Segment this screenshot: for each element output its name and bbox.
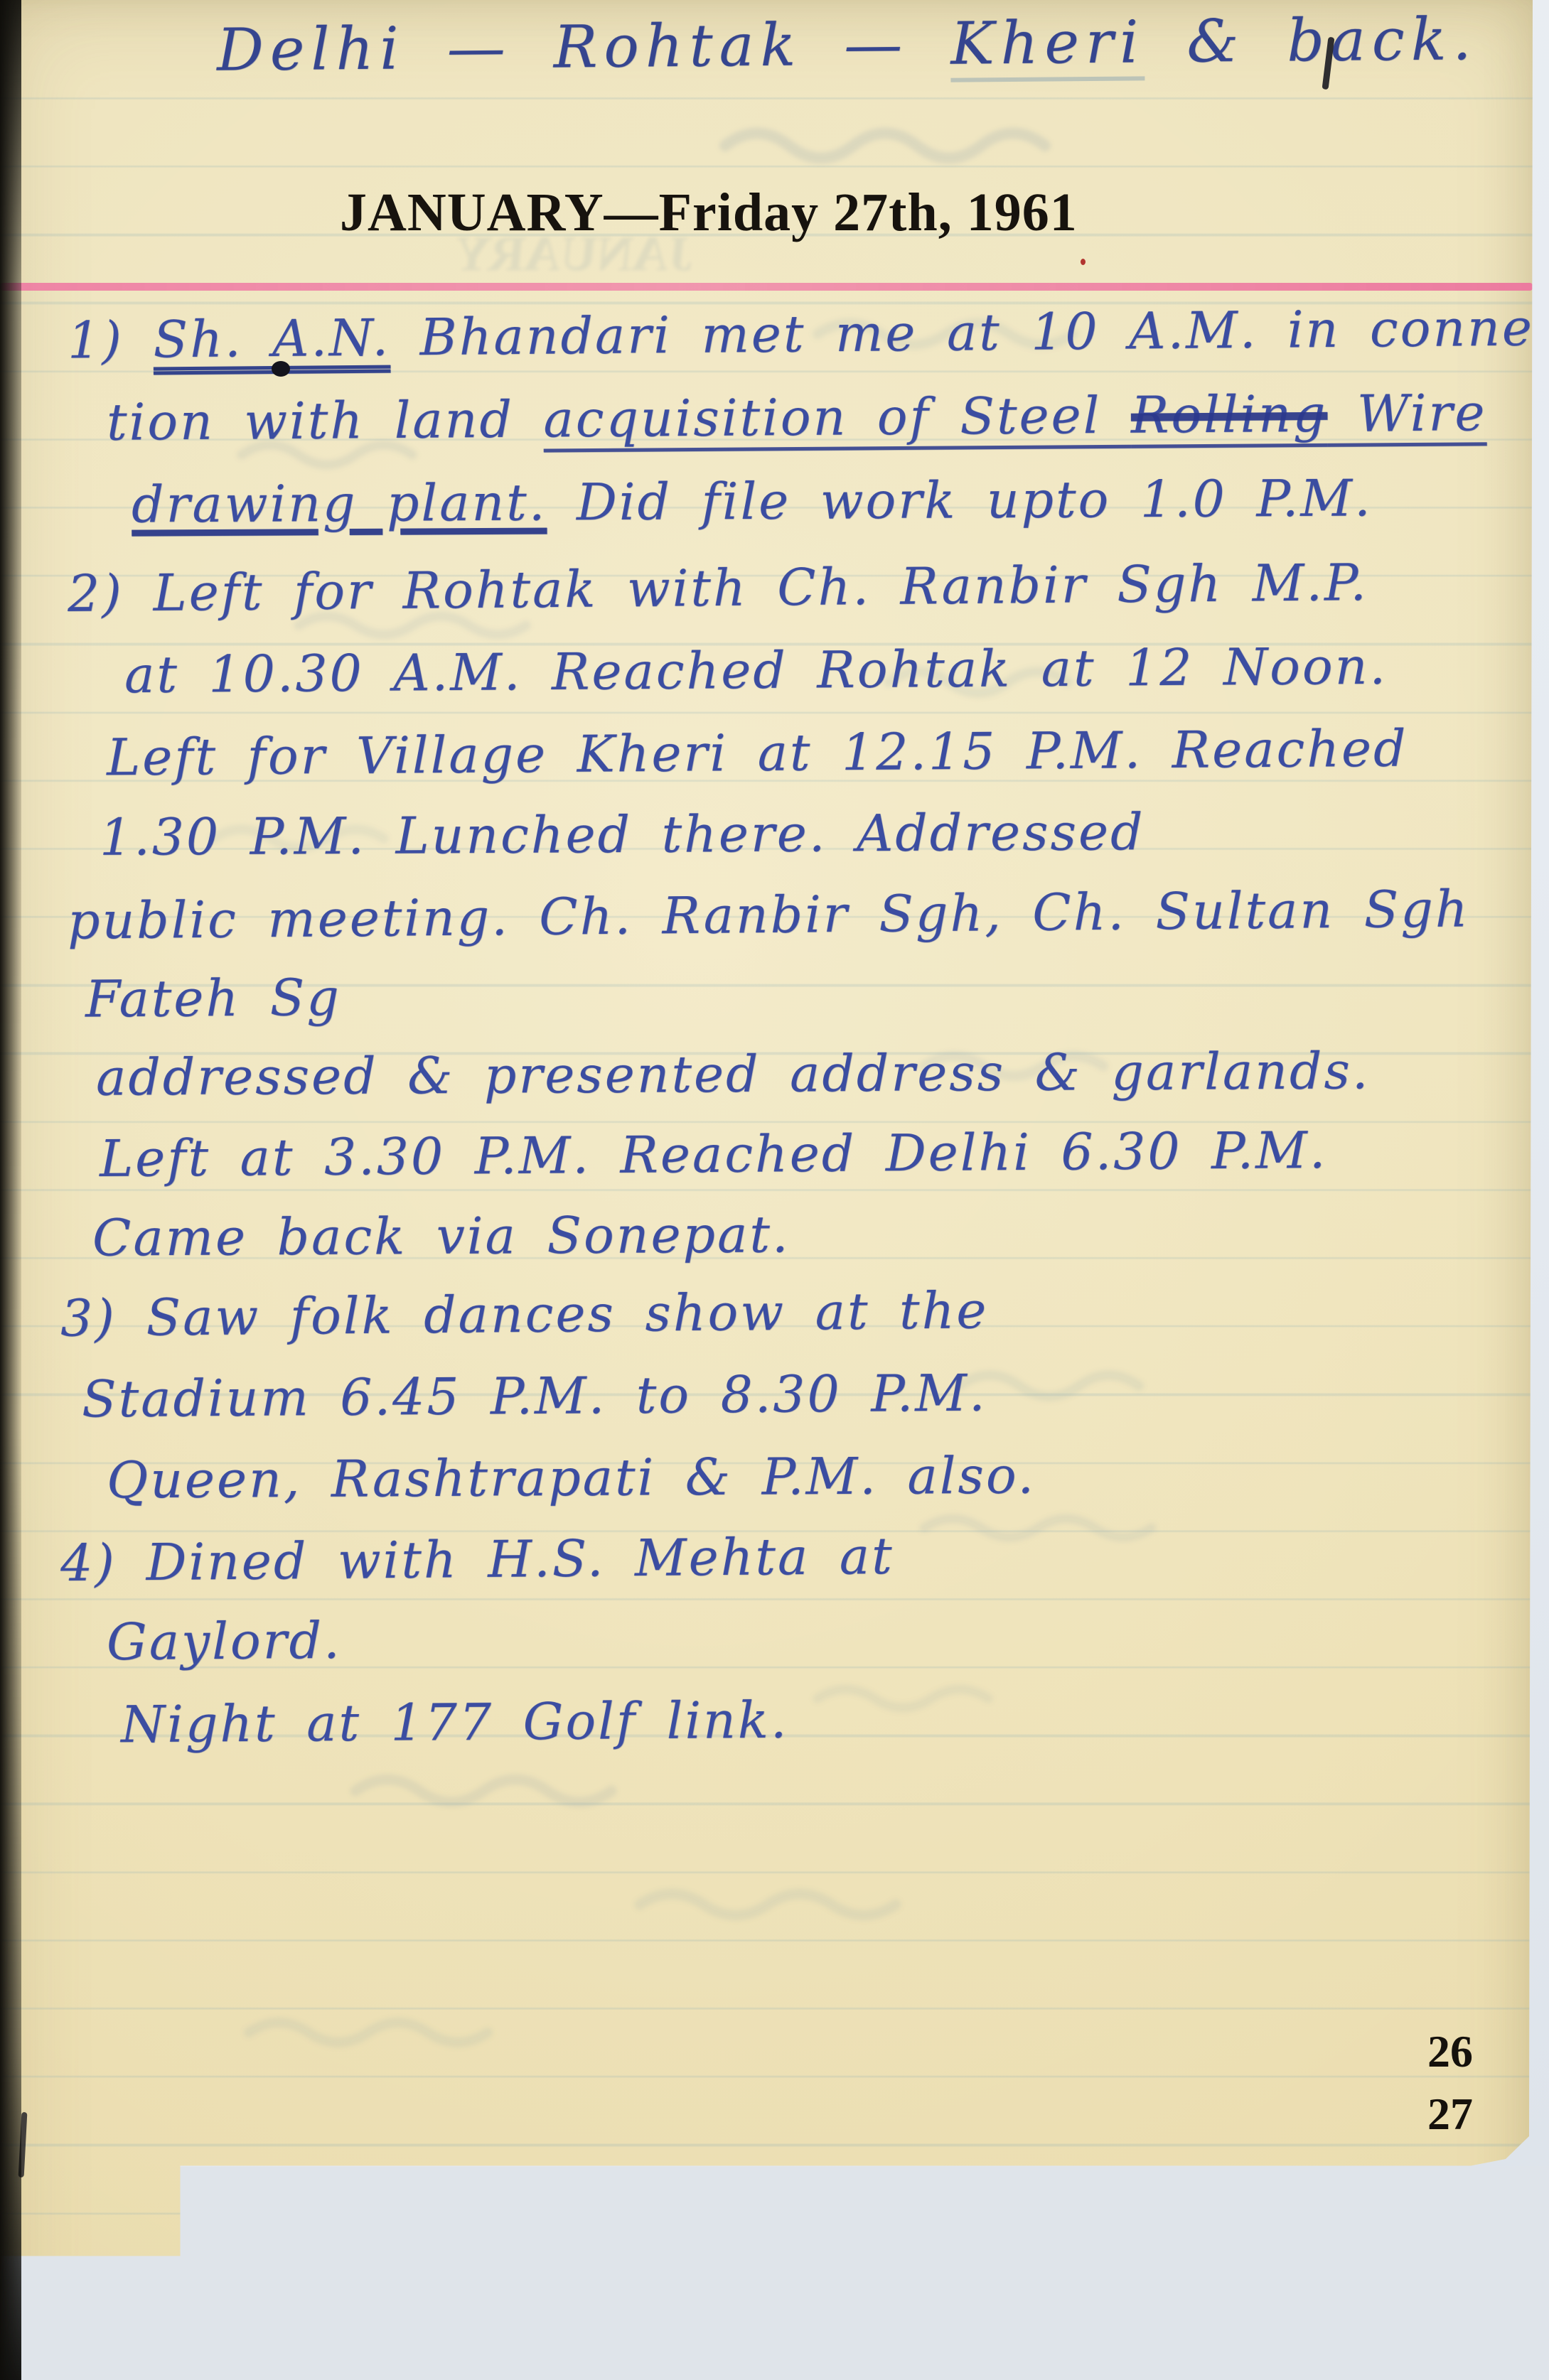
printed-date-header: JANUARY—Friday 27th, 1961 bbox=[340, 182, 1078, 244]
diary-line: 1) Sh. A.N. Bhandari met me at 10 A.M. i… bbox=[68, 297, 1549, 370]
route-title-part: Delhi — Rohtak — bbox=[217, 11, 951, 85]
line-seg-underlined: drawing plant. bbox=[132, 473, 547, 534]
line-seg: Gaylord. bbox=[107, 1611, 342, 1671]
diary-line: 4) Dined with H.S. Mehta at bbox=[60, 1526, 894, 1593]
line-seg: Wire bbox=[1327, 383, 1487, 443]
diary-page-paper: Delhi — Rohtak — Kheri & back. JANUARY J… bbox=[0, 0, 1549, 2380]
book-spine-edge bbox=[0, 0, 21, 2380]
diary-line: drawing plant. Did file work upto 1.0 P.… bbox=[132, 468, 1373, 534]
line-seg: public meeting. Ch. Ranbir Sgh, Ch. Sult… bbox=[68, 879, 1470, 950]
line-seg: tion with land bbox=[107, 389, 544, 451]
line-seg: at 10.30 A.M. Reached Rohtak at 12 Noon. bbox=[124, 637, 1388, 704]
diary-scan: Delhi — Rohtak — Kheri & back. JANUARY J… bbox=[0, 0, 1549, 2380]
route-title-kheri: Kheri bbox=[950, 9, 1145, 82]
line-seg: Left at 3.30 P.M. Reached Delhi 6.30 P.M… bbox=[100, 1121, 1328, 1188]
line-seg: Came back via Sonepat. bbox=[92, 1205, 790, 1267]
diary-line: addressed & presented address & garlands… bbox=[96, 1041, 1371, 1106]
page-number: 26 bbox=[1427, 2025, 1473, 2078]
red-speck bbox=[1081, 259, 1086, 265]
diary-line: Stadium 6.45 P.M. to 8.30 P.M. bbox=[82, 1364, 987, 1429]
line-seg: addressed & presented address & garlands… bbox=[96, 1041, 1371, 1106]
diary-line: Left for Village Kheri at 12.15 P.M. Rea… bbox=[107, 719, 1408, 787]
line-seg: acquisition of Steel bbox=[543, 386, 1131, 449]
diary-line: tion with land acquisition of Steel Roll… bbox=[107, 383, 1487, 452]
diary-line: Fateh Sgh & Partap Sgh (of this village)… bbox=[85, 960, 1413, 1028]
line-seg: 2) Left for Rohtak with Ch. Ranbir Sgh M… bbox=[68, 553, 1368, 623]
diary-line: Gaylord. bbox=[107, 1611, 342, 1671]
diary-line: Night at 177 Golf link. bbox=[121, 1691, 789, 1755]
line-seg: Stadium 6.45 P.M. to 8.30 P.M. bbox=[82, 1364, 987, 1429]
line-seg-underlined: acquisition of Steel Rolling Wire bbox=[543, 383, 1487, 448]
diary-line: Left at 3.30 P.M. Reached Delhi 6.30 P.M… bbox=[100, 1121, 1328, 1188]
line-seg: Bhandari met me at 10 A.M. in connec— bbox=[390, 297, 1549, 367]
route-title-part: & back. bbox=[1145, 6, 1478, 76]
line-seg: 1) bbox=[68, 310, 154, 370]
route-title: Delhi — Rohtak — Kheri & back. bbox=[217, 6, 1478, 84]
line-seg: Did file work upto 1.0 P.M. bbox=[547, 468, 1373, 532]
line-seg: 4) Dined with H.S. Mehta at bbox=[60, 1526, 894, 1593]
diary-line: public meeting. Ch. Ranbir Sgh, Ch. Sult… bbox=[68, 879, 1470, 950]
line-seg-struck: Rolling bbox=[1131, 384, 1328, 445]
pink-divider-rule bbox=[0, 283, 1533, 291]
line-seg: Fateh Sgh & Partap Sgh (of this village)… bbox=[85, 960, 1413, 1028]
line-seg: 1.30 P.M. Lunched there. Addressed bbox=[100, 802, 1145, 867]
line-seg: Night at 177 Golf link. bbox=[121, 1691, 789, 1755]
ink-blot bbox=[272, 361, 290, 377]
line-seg: Left for Village Kheri at 12.15 P.M. Rea… bbox=[107, 719, 1408, 787]
line-seg: 3) Saw folk dances show at the bbox=[60, 1281, 989, 1347]
diary-line: 2) Left for Rohtak with Ch. Ranbir Sgh M… bbox=[68, 553, 1368, 623]
page-number: 27 bbox=[1427, 2088, 1473, 2141]
line-seg: Queen, Rashtrapati & P.M. also. bbox=[107, 1446, 1036, 1510]
diary-line: Came back via Sonepat. bbox=[92, 1205, 790, 1267]
diary-line: at 10.30 A.M. Reached Rohtak at 12 Noon. bbox=[124, 637, 1388, 704]
line-seg-underlined: Sh. A.N. bbox=[153, 308, 390, 370]
diary-line: 3) Saw folk dances show at the bbox=[60, 1281, 989, 1347]
diary-line: Queen, Rashtrapati & P.M. also. bbox=[107, 1446, 1036, 1510]
diary-line: 1.30 P.M. Lunched there. Addressed bbox=[100, 802, 1145, 867]
